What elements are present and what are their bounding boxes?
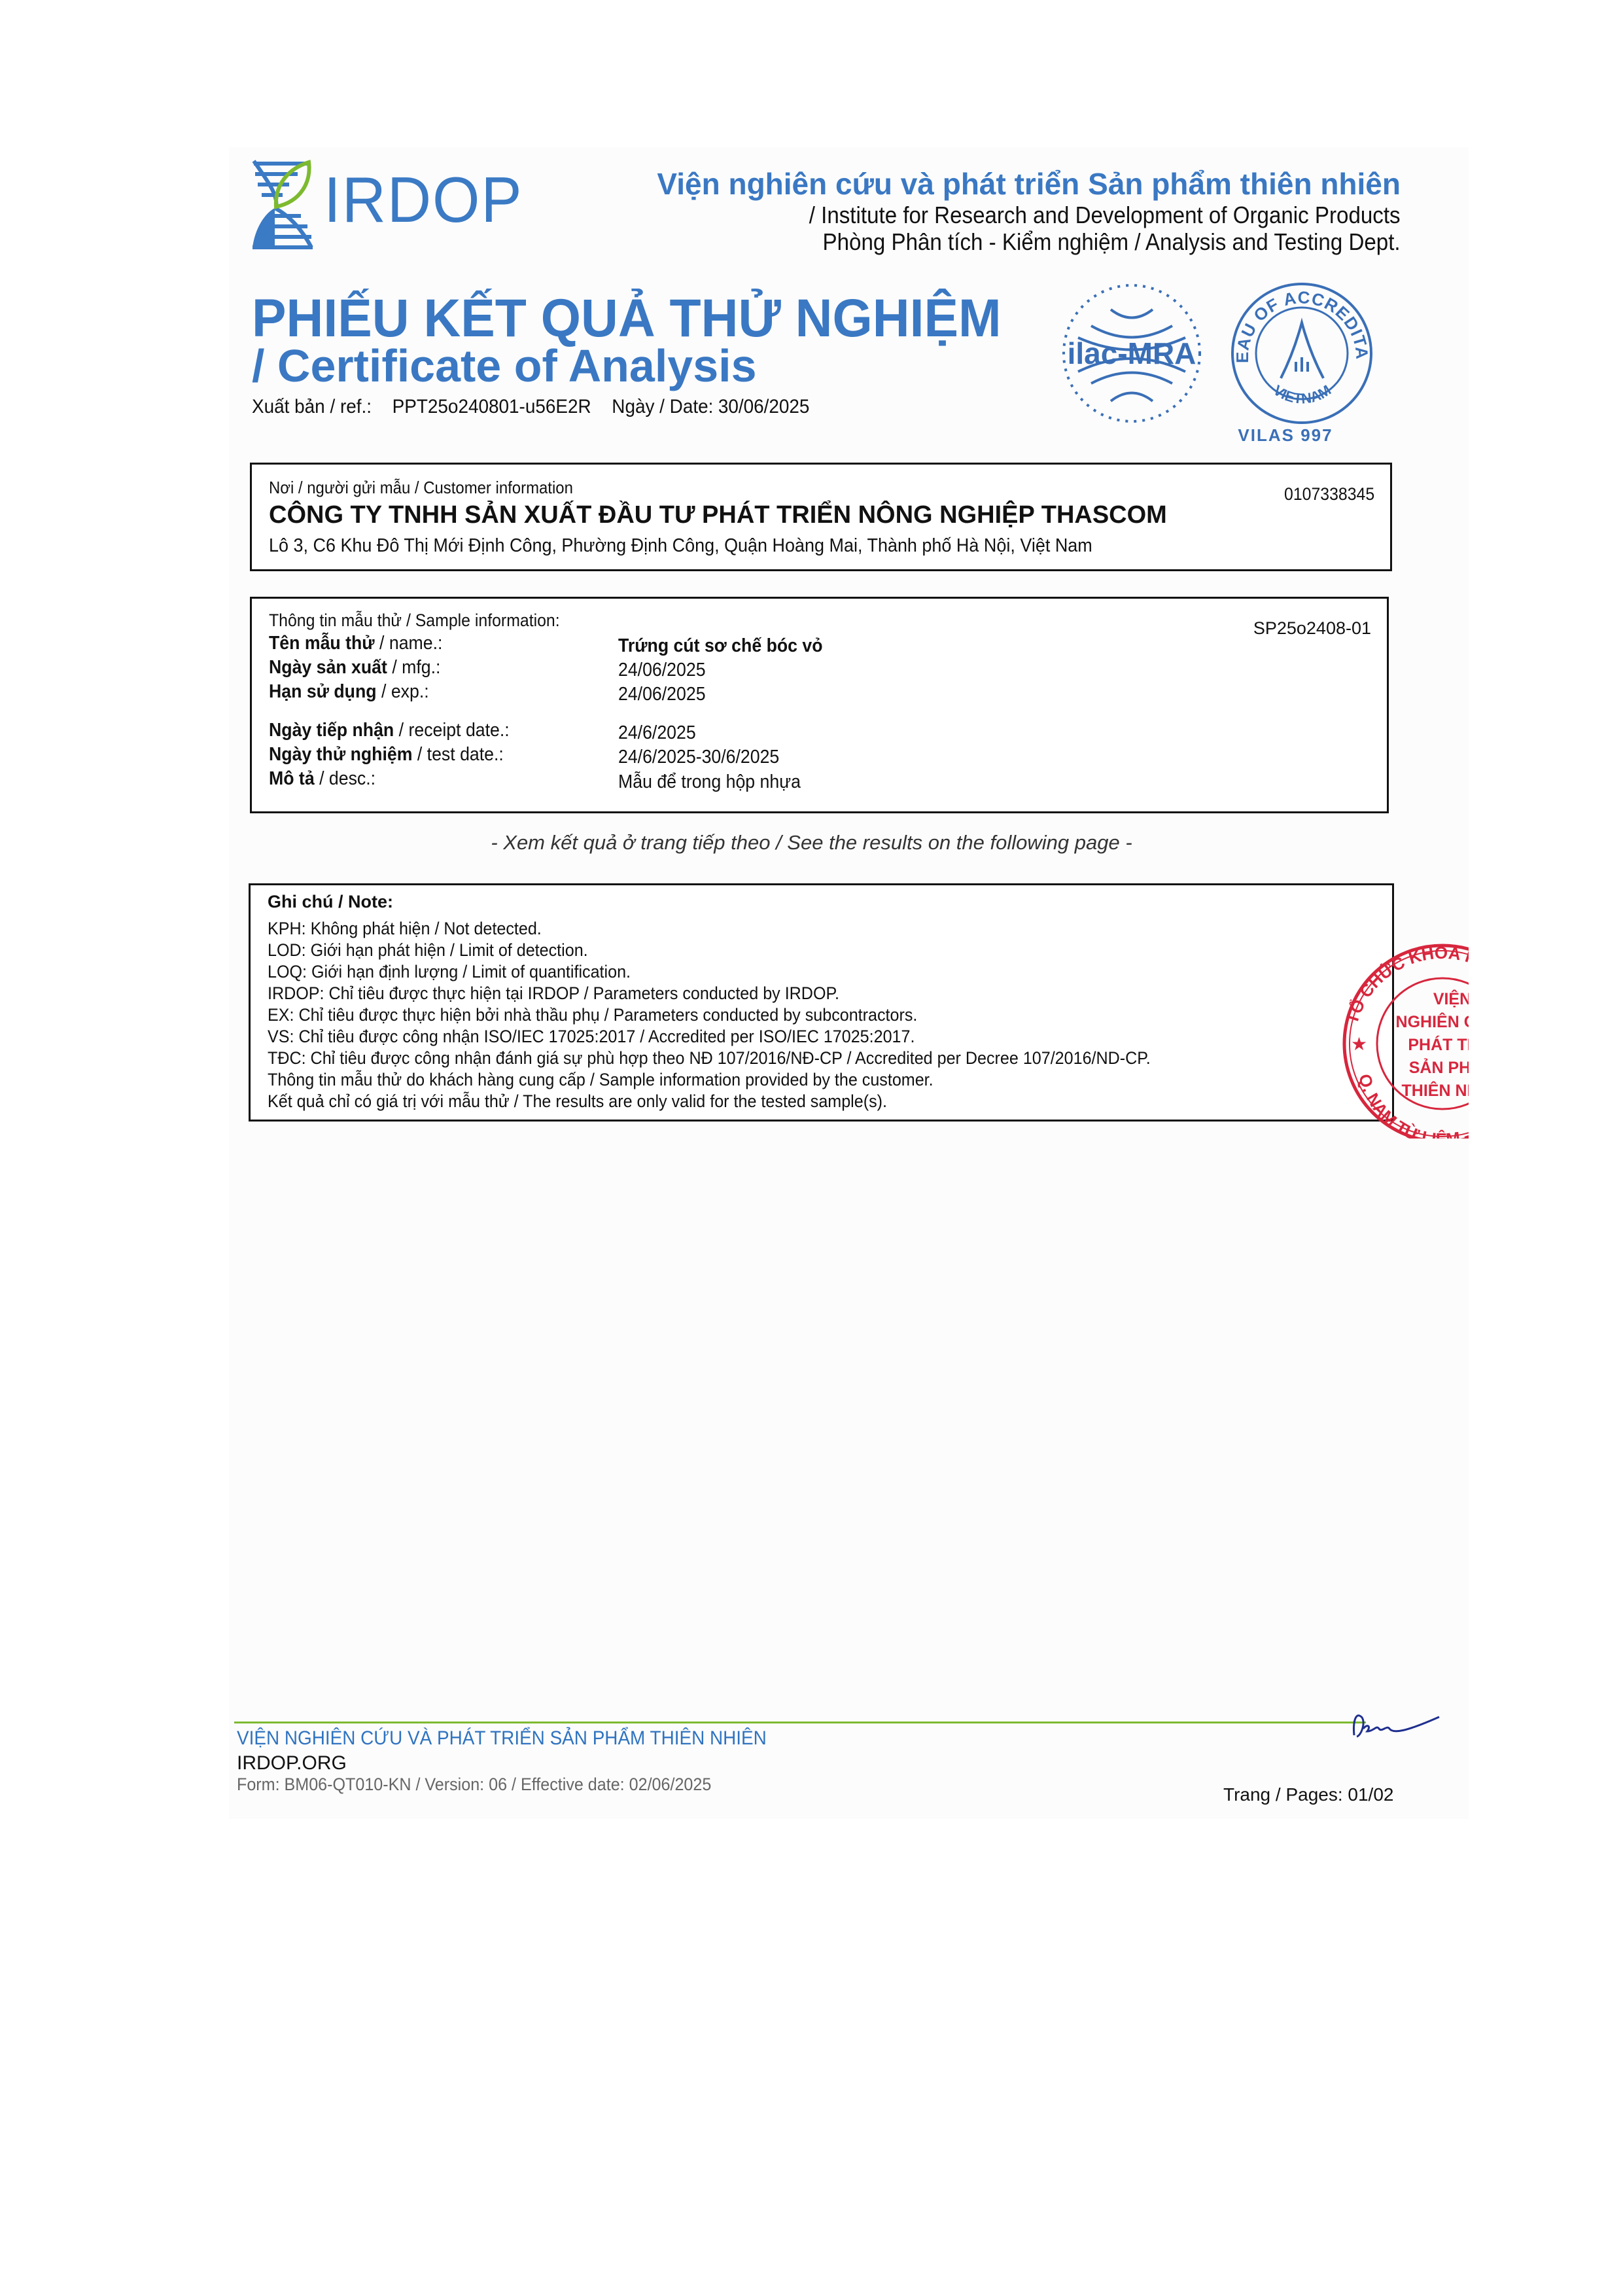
see-results-next-page: - Xem kết quả ở trang tiếp theo / See th… — [0, 831, 1623, 855]
footer-website[interactable]: IRDOP.ORG — [237, 1752, 347, 1775]
date-value: 30/06/2025 — [718, 396, 810, 417]
institute-name-vn: Viện nghiên cứu và phát triển Sản phẩm t… — [657, 167, 1401, 202]
boa-bottom-text: VIETNAM — [1270, 381, 1334, 407]
svg-text:VIỆN: VIỆN — [1433, 989, 1469, 1008]
svg-text:VIETNAM: VIETNAM — [1270, 381, 1334, 407]
svg-text:PHÁT TRI: PHÁT TRI — [1408, 1035, 1469, 1054]
ref-label: Xuất bản / ref.: — [252, 396, 372, 417]
department-name: Phòng Phân tích - Kiểm nghiệm / Analysis… — [716, 228, 1401, 255]
sample-heading: Thông tin mẫu thử / Sample information: — [269, 610, 560, 631]
note-item: LOQ: Giới hạn định lượng / Limit of quan… — [268, 961, 1151, 983]
logo-text: IRDOP — [324, 168, 523, 232]
dna-leaf-icon — [249, 156, 321, 254]
note-item: Kết quả chỉ có giá trị với mẫu thử / The… — [268, 1091, 1151, 1112]
note-item: VS: Chỉ tiêu được công nhận ISO/IEC 1702… — [268, 1026, 1151, 1048]
page-number: Trang / Pages: 01/02 — [1223, 1784, 1393, 1805]
footer-divider — [234, 1722, 1366, 1723]
sample-name-value: Trứng cút sơ chế bóc vỏ — [618, 635, 823, 657]
note-item: TĐC: Chỉ tiêu được công nhận đánh giá sự… — [268, 1048, 1151, 1069]
customer-tax-id: 0107338345 — [1284, 484, 1374, 504]
note-item: EX: Chỉ tiêu được thực hiện bởi nhà thầu… — [268, 1004, 1151, 1026]
sample-info-box: Thông tin mẫu thử / Sample information: … — [250, 597, 1389, 813]
irdop-logo: IRDOP — [249, 156, 569, 254]
ref-value: PPT25o240801-u56E2R — [393, 396, 591, 417]
institute-name-en: / Institute for Research and Development… — [716, 202, 1401, 228]
svg-text:★: ★ — [1351, 1034, 1367, 1054]
svg-text:BUREAU OF ACCREDITATION: BUREAU OF ACCREDITATION — [1229, 280, 1372, 363]
note-item: IRDOP: Chỉ tiêu được thực hiện tại IRDOP… — [268, 983, 1151, 1004]
note-item: LOD: Giới hạn phát hiện / Limit of detec… — [268, 940, 1151, 961]
sample-row-desc-label: Mô tả / desc.: — [269, 768, 375, 790]
note-item: Thông tin mẫu thử do khách hàng cung cấp… — [268, 1069, 1151, 1091]
note-item: KPH: Không phát hiện / Not detected. — [268, 918, 1151, 940]
notes-box: Ghi chú / Note: KPH: Không phát hiện / N… — [249, 883, 1394, 1122]
sample-exp-value: 24/06/2025 — [618, 684, 706, 705]
date-label: Ngày / Date: — [612, 396, 713, 417]
sample-row-name-label: Tên mẫu thử / name.: — [269, 633, 442, 654]
footer-form-info: Form: BM06-QT010-KN / Version: 06 / Effe… — [237, 1775, 711, 1795]
title-vn: PHIẾU KẾT QUẢ THỬ NGHIỆM — [252, 293, 1002, 344]
signature-icon — [1348, 1709, 1446, 1742]
sample-receipt-value: 24/6/2025 — [618, 722, 696, 744]
document-title: PHIẾU KẾT QUẢ THỬ NGHIỆM / Certificate o… — [252, 293, 1032, 387]
ilac-mra-icon: ilac-MRA — [1058, 280, 1206, 427]
red-seal-icon: TỔ CHỨC KHOA HỌC Q. NAM TỪ LIÊM - T ★ VI… — [1331, 936, 1469, 1139]
footer-institute-name: VIỆN NGHIÊN CỨU VÀ PHÁT TRIỂN SẢN PHẨM T… — [237, 1727, 767, 1750]
svg-text:NGHIÊN CỨ: NGHIÊN CỨ — [1396, 1012, 1469, 1031]
sample-test-date-value: 24/6/2025-30/6/2025 — [618, 747, 779, 768]
sample-mfg-value: 24/06/2025 — [618, 660, 706, 681]
svg-text:THIÊN NHI: THIÊN NHI — [1402, 1080, 1469, 1100]
sample-row-mfg-label: Ngày sản xuất / mfg.: — [269, 657, 440, 679]
boa-top-text: BUREAU OF ACCREDITATION — [1229, 280, 1372, 363]
sample-id: SP25o2408-01 — [1253, 618, 1371, 639]
sample-row-receipt-label: Ngày tiếp nhận / receipt date.: — [269, 720, 510, 741]
title-en: / Certificate of Analysis — [252, 344, 1032, 388]
notes-heading: Ghi chú / Note: — [268, 892, 393, 912]
sample-row-exp-label: Hạn sử dụng / exp.: — [269, 681, 429, 703]
bureau-of-accreditation-icon: BUREAU OF ACCREDITATION VIETNAM — [1229, 280, 1376, 427]
svg-text:SẢN PHẨ: SẢN PHẨ — [1409, 1057, 1469, 1077]
sample-desc-value: Mẫu để trong hộp nhựa — [618, 771, 801, 793]
reference-line: Xuất bản / ref.:PPT25o240801-u56E2RNgày … — [252, 396, 830, 418]
official-stamp: TỔ CHỨC KHOA HỌC Q. NAM TỪ LIÊM - T ★ VI… — [1331, 936, 1469, 1139]
customer-label: Nơi / người gửi mẫu / Customer informati… — [269, 478, 573, 498]
notes-list: KPH: Không phát hiện / Not detected. LOD… — [268, 918, 1151, 1112]
ilac-text: ilac-MRA — [1068, 336, 1196, 370]
customer-address: Lô 3, C6 Khu Đô Thị Mới Định Công, Phườn… — [269, 535, 1092, 557]
institute-header: Viện nghiên cứu và phát triển Sản phẩm t… — [657, 167, 1401, 256]
vilas-number: VILAS 997 — [1233, 425, 1338, 446]
sample-row-test-date-label: Ngày thử nghiệm / test date.: — [269, 744, 504, 766]
customer-name: CÔNG TY TNHH SẢN XUẤT ĐẦU TƯ PHÁT TRIỂN … — [269, 501, 1167, 529]
customer-info-box: Nơi / người gửi mẫu / Customer informati… — [250, 463, 1392, 571]
